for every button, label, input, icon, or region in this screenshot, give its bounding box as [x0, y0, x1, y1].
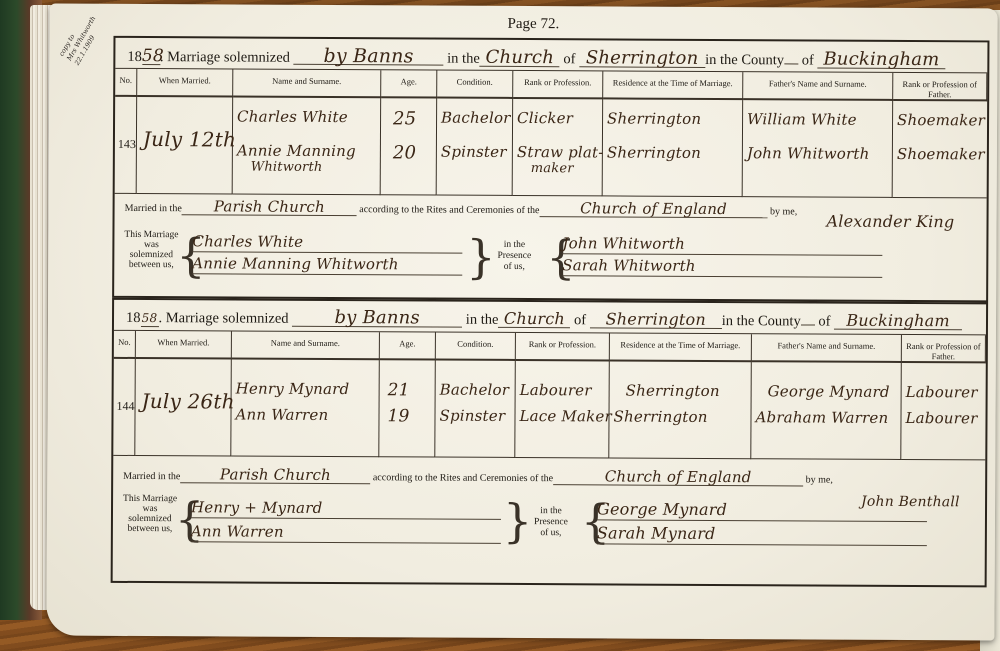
this-marriage-label: This Marriage was solemnized between us, [122, 230, 180, 270]
witness-1-signature: John Whitworth [562, 234, 882, 256]
groom-condition: Bachelor [440, 381, 510, 399]
solemnized-by: by Banns [292, 310, 462, 328]
signature-block: This Marriage was solemnized between us,… [113, 494, 985, 559]
rites: Church of England [553, 468, 803, 486]
cell-names: Charles White Annie Manning Whitworth [233, 97, 382, 195]
col-header-father-rank: Rank or Profession of Father. [893, 73, 987, 101]
parish: Sherrington [590, 311, 722, 329]
cell-when: July 12th [137, 97, 234, 195]
col-header-father: Father's Name and Surname. [752, 334, 902, 363]
cell-residences: Sherrington Sherrington [609, 361, 752, 459]
cell-when: July 26th [135, 359, 232, 457]
groom-signature: Henry + Mynard [191, 498, 501, 520]
cell-no: 144 [113, 359, 136, 456]
officiant-signature: Alexander King [826, 212, 954, 232]
solemnized-by: by Banns [294, 48, 444, 66]
cell-residences: Sherrington Sherrington [603, 99, 744, 197]
groom-name: Charles White [237, 108, 348, 127]
groom-age: 25 [393, 108, 416, 129]
bride-father: Abraham Warren [755, 408, 888, 427]
bride-condition: Spinster [441, 143, 507, 161]
cell-ages: 21 19 [379, 360, 436, 457]
bride-name: Ann Warren [235, 406, 328, 424]
cell-father-ranks: Labourer Labourer [901, 363, 986, 460]
col-header-no: No. [114, 331, 136, 359]
cell-conditions: Bachelor Spinster [437, 99, 514, 196]
col-header-residence: Residence at the Time of Marriage. [610, 333, 752, 362]
entry-table: No. When Married. Name and Surname. Age.… [115, 68, 988, 199]
bride-residence: Sherrington [613, 407, 707, 425]
cell-fathers: George Mynard Abraham Warren [751, 362, 902, 460]
groom-name: Henry Mynard [236, 380, 350, 399]
groom-residence: Sherrington [607, 109, 701, 127]
groom-age: 21 [388, 380, 410, 400]
bride-profession: Lace Maker [519, 407, 611, 425]
county: Buckingham [817, 52, 945, 70]
presence-label: in the Presence of us, [521, 506, 581, 539]
groom-father: George Mynard [768, 382, 890, 401]
register-page: Page 72. copy to Mrs Whitworth 22.1.1909… [46, 4, 997, 641]
groom-father-profession: Labourer [906, 383, 978, 401]
bride-condition: Spinster [439, 407, 505, 425]
place-type: Church [480, 50, 560, 67]
this-marriage-label: This Marriage was solemnized between us, [121, 494, 179, 534]
presence-label: in the Presence of us, [484, 240, 544, 273]
witness-1-signature: George Mynard [597, 500, 927, 522]
year-suffix: 58 [142, 48, 160, 65]
col-header-father: Father's Name and Surname. [743, 72, 893, 101]
place-type: Church [498, 311, 570, 328]
cell-fathers: William White John Whitworth [743, 100, 894, 198]
col-header-age: Age. [381, 70, 437, 98]
entry-heading: 1858. Marriage solemnized by Banns in th… [115, 38, 987, 73]
bride-age: 19 [387, 406, 409, 426]
married-in: Parish Church [182, 198, 357, 216]
col-header-condition: Condition. [436, 333, 516, 361]
page-number: Page 72. [508, 16, 560, 33]
entry-heading: 1858. Marriage solemnized by Banns in th… [114, 300, 986, 335]
bride-name: Annie Manning [237, 142, 356, 161]
col-header-age: Age. [380, 332, 436, 360]
col-header-when: When Married. [137, 69, 233, 98]
marriage-entry-144: 1858. Marriage solemnized by Banns in th… [111, 298, 988, 588]
groom-father-profession: Shoemaker [897, 111, 985, 129]
cell-professions: Labourer Lace Maker [515, 361, 610, 458]
col-header-father-rank: Rank or Profession of Father. [902, 335, 986, 363]
groom-signature: Charles White [192, 232, 462, 253]
bride-age: 20 [393, 142, 416, 163]
bride-signature: Annie Manning Whitworth [192, 254, 462, 275]
bride-name-cont: Whitworth [251, 160, 323, 175]
married-in-line: Married in theParish Church according to… [123, 466, 975, 487]
year-suffix: 58 [140, 310, 158, 327]
bride-father-profession: Shoemaker [897, 145, 985, 163]
married-in: Parish Church [180, 466, 370, 484]
margin-note: copy to Mrs Whitworth 22.1.1909 [57, 10, 106, 67]
cell-no: 143 [115, 97, 138, 194]
col-header-condition: Condition. [437, 71, 513, 99]
col-header-name: Name and Surname. [232, 331, 380, 360]
col-header-no: No. [115, 69, 137, 97]
rites: Church of England [539, 200, 767, 218]
col-header-residence: Residence at the Time of Marriage. [603, 71, 743, 100]
cell-ages: 25 20 [381, 98, 438, 195]
entry-table: No. When Married. Name and Surname. Age.… [113, 330, 986, 461]
cell-professions: Clicker Straw plat- maker [513, 99, 604, 196]
bride-profession: Straw plat- [517, 143, 604, 161]
col-header-rank: Rank or Profession. [516, 333, 610, 361]
bride-father-profession: Labourer [905, 409, 977, 427]
col-header-name: Name and Surname. [233, 69, 381, 98]
groom-father: William White [747, 110, 857, 129]
col-header-rank: Rank or Profession. [513, 71, 603, 99]
county: Buckingham [834, 313, 962, 331]
parish: Sherrington [579, 50, 705, 68]
signature-block: This Marriage was solemnized between us,… [114, 230, 986, 295]
witness-2-signature: Sarah Whitworth [562, 256, 882, 278]
cell-father-ranks: Shoemaker Shoemaker [893, 101, 988, 198]
groom-profession: Clicker [517, 109, 573, 127]
cell-names: Henry Mynard Ann Warren [231, 359, 380, 457]
bride-signature: Ann Warren [191, 522, 501, 544]
marriage-entry-143: 1858. Marriage solemnized by Banns in th… [112, 36, 989, 303]
bride-father: John Whitworth [747, 144, 870, 163]
col-header-when: When Married. [136, 331, 232, 360]
bride-residence: Sherrington [607, 143, 701, 161]
witness-2-signature: Sarah Mynard [597, 524, 927, 546]
groom-condition: Bachelor [441, 109, 511, 127]
groom-residence: Sherrington [626, 382, 720, 400]
cell-conditions: Bachelor Spinster [435, 361, 516, 458]
groom-profession: Labourer [520, 381, 592, 399]
bride-profession-cont: maker [531, 161, 574, 176]
